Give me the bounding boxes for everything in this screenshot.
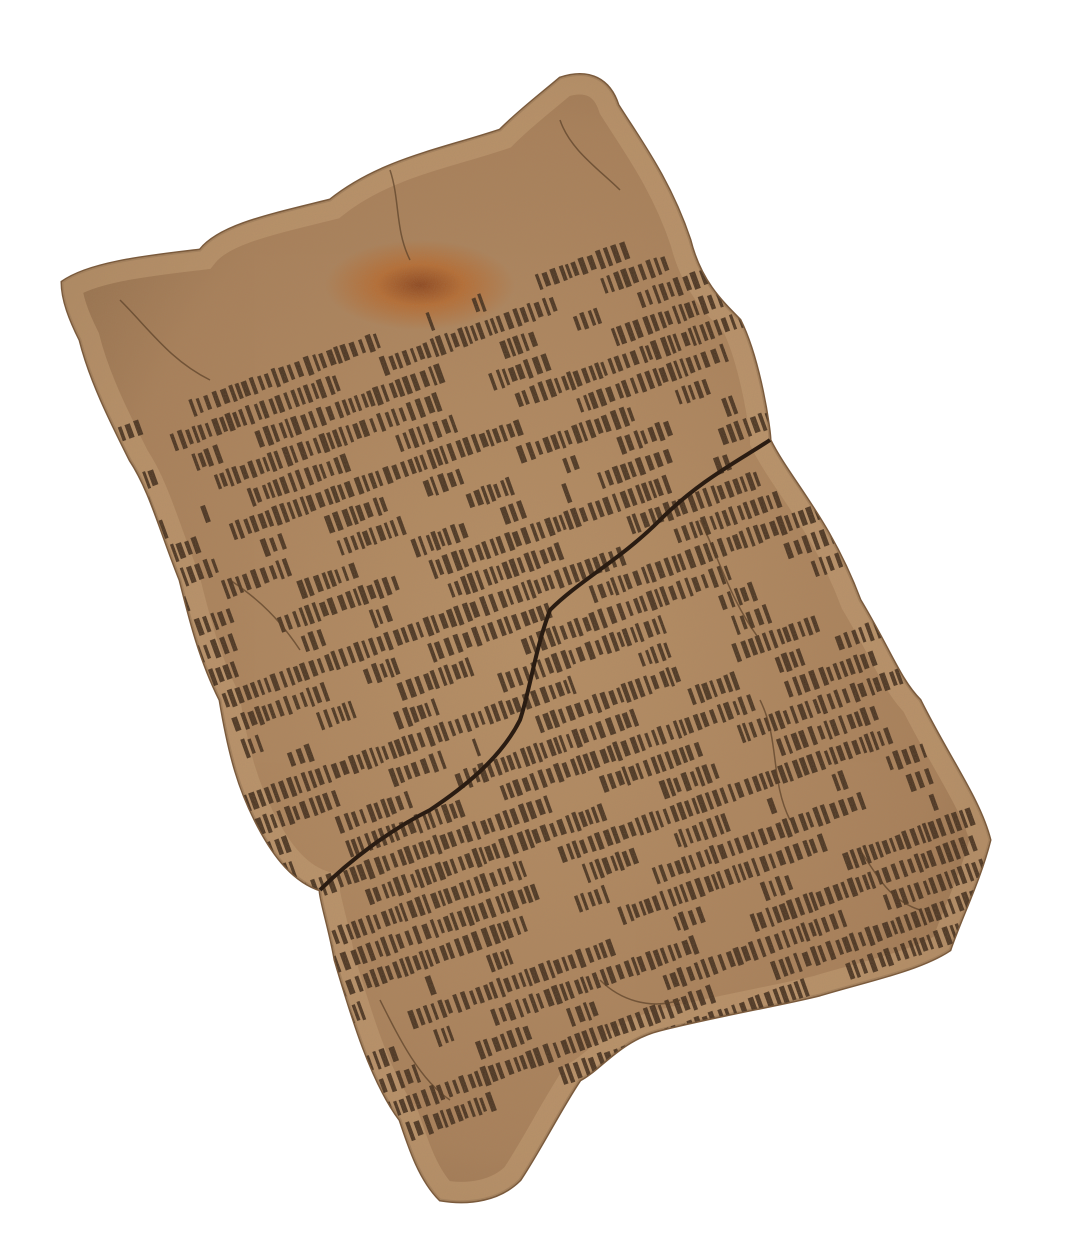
clay-tablet	[0, 0, 1080, 1252]
photo-scene	[0, 0, 1080, 1252]
